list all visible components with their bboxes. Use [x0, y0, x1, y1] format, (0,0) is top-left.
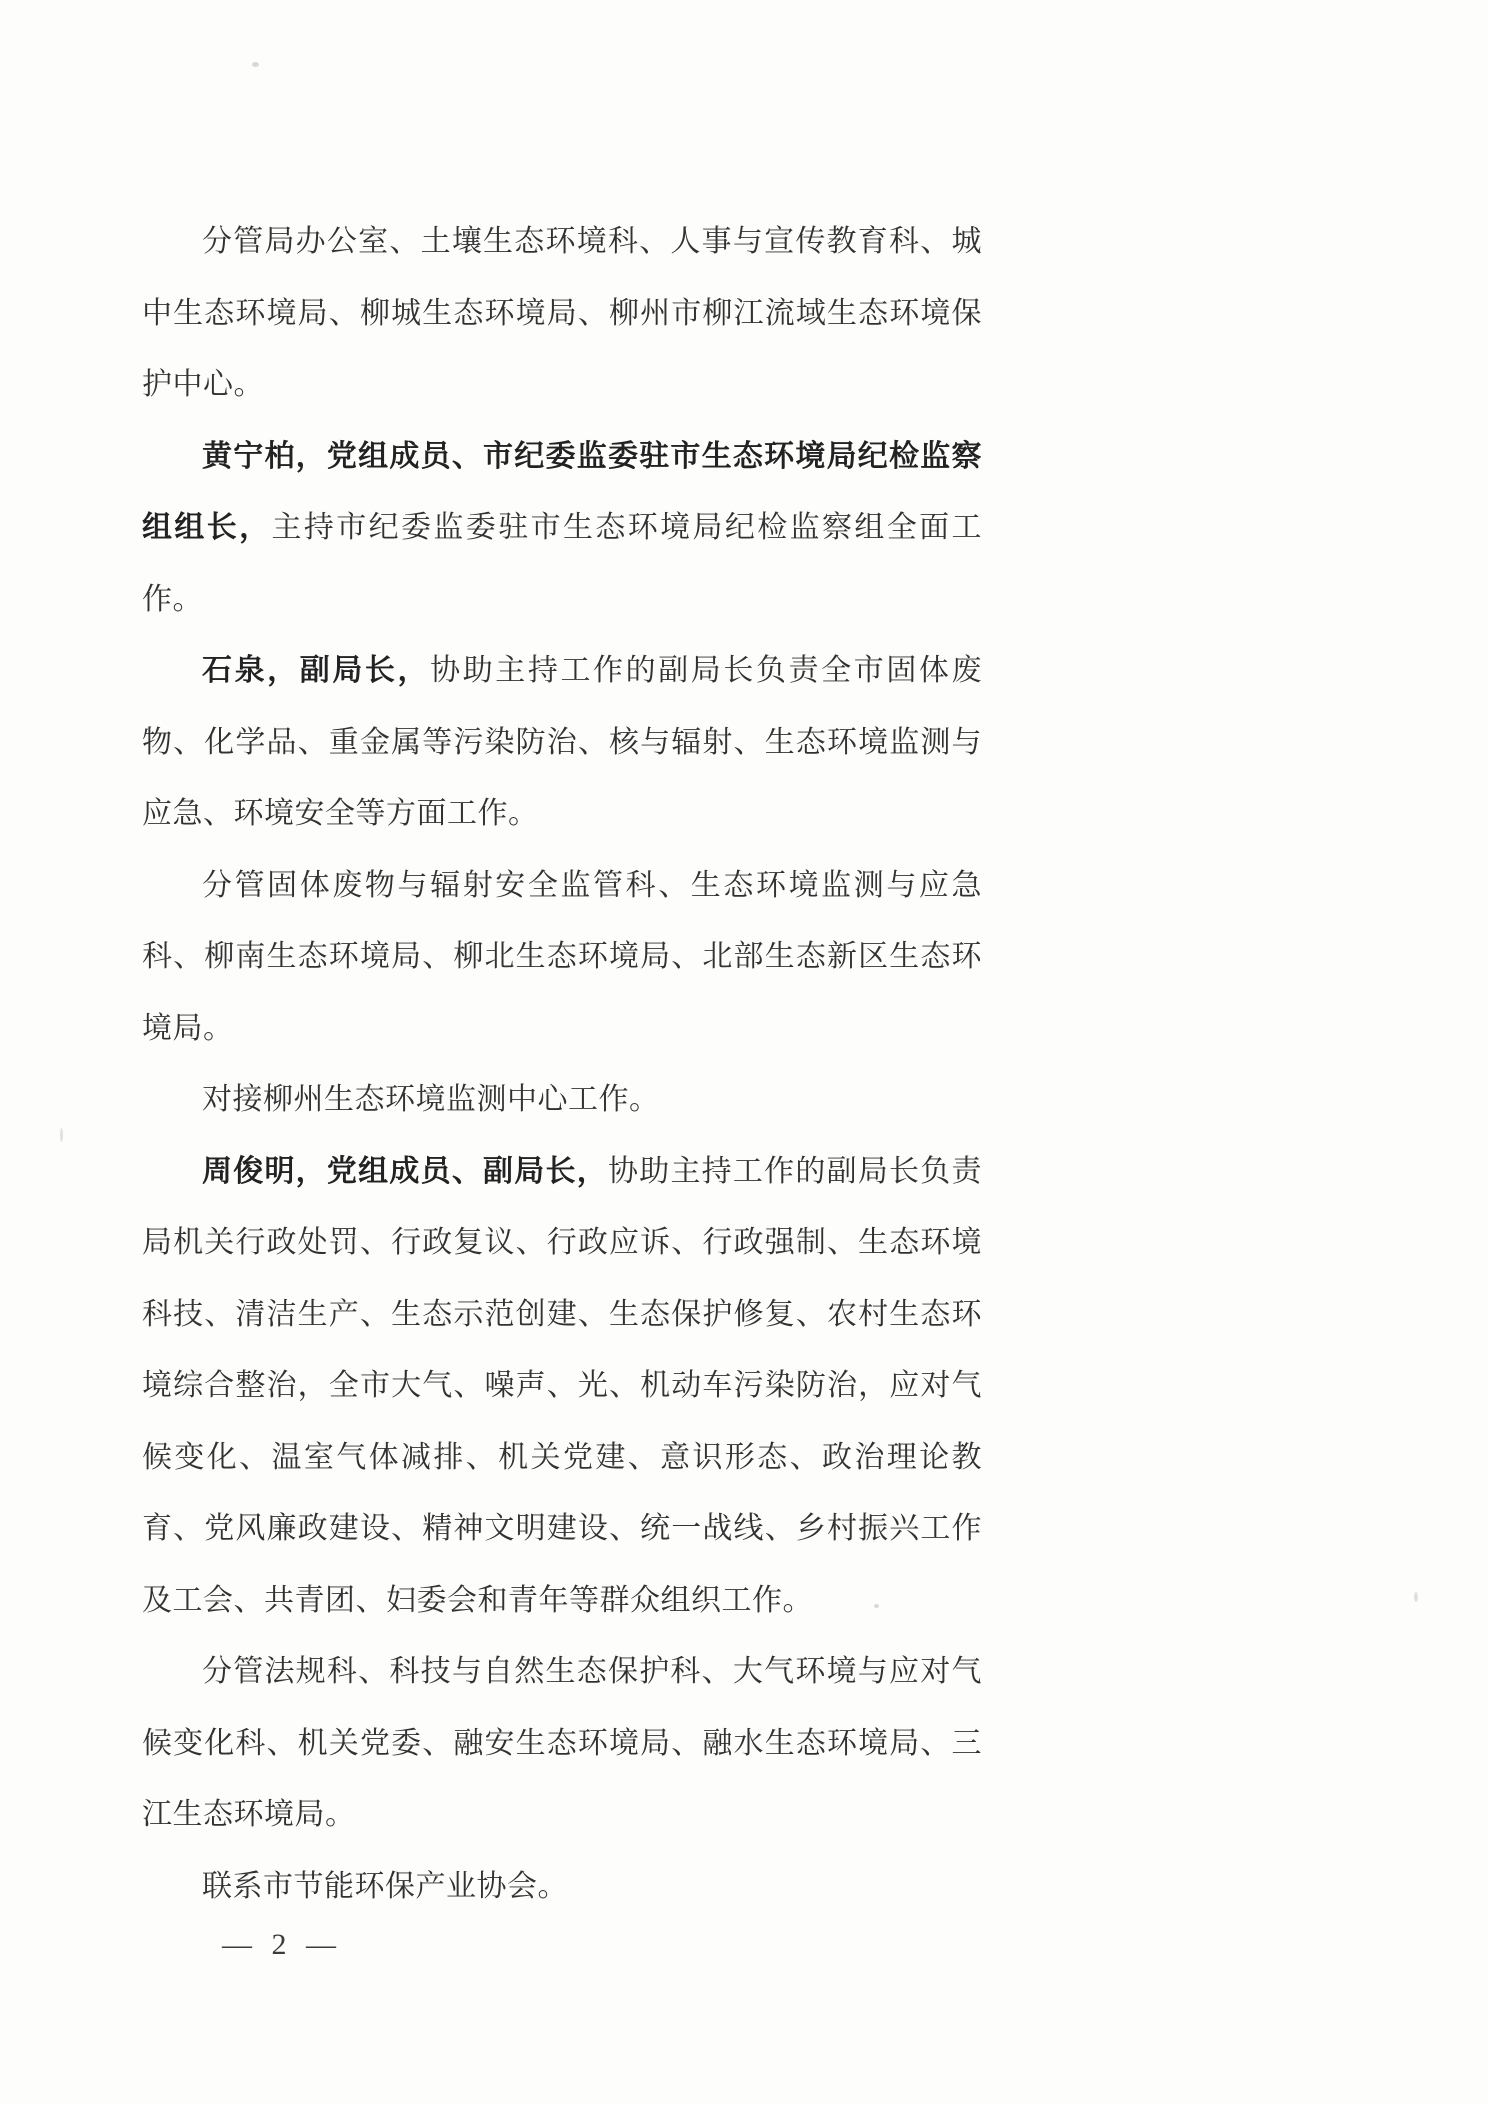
paragraph-liaison-association: 联系市节能环保产业协会。: [142, 1851, 982, 1923]
paragraph-text: 分管法规科、科技与自然生态保护科、大气环境与应对气候变化科、机关党委、融安生态环…: [142, 1655, 982, 1831]
paragraph-bold-lead: 石泉，副局长，: [202, 654, 430, 687]
page-number: — 2 —: [222, 1928, 342, 1962]
paragraph-text: 分管局办公室、土壤生态环境科、人事与宣传教育科、城中生态环境局、柳城生态环境局、…: [142, 225, 982, 401]
paragraph-text: 对接柳州生态环境监测中心工作。: [202, 1083, 660, 1116]
paragraph-official-zhoujunming: 周俊明，党组成员、副局长，协助主持工作的副局长负责局机关行政处罚、行政复议、行政…: [142, 1136, 982, 1637]
paragraph-liaison-monitoring-center: 对接柳州生态环境监测中心工作。: [142, 1064, 982, 1136]
paragraph-official-shiquan: 石泉，副局长，协助主持工作的副局长负责全市固体废物、化学品、重金属等污染防治、核…: [142, 635, 982, 850]
paragraph-text: 分管固体废物与辐射安全监管科、生态环境监测与应急科、柳南生态环境局、柳北生态环境…: [142, 869, 982, 1045]
scan-artifact: [60, 1128, 63, 1142]
paragraph-text: 协助主持工作的副局长负责局机关行政处罚、行政复议、行政应诉、行政强制、生态环境科…: [142, 1155, 982, 1617]
paragraph-duties-3: 分管法规科、科技与自然生态保护科、大气环境与应对气候变化科、机关党委、融安生态环…: [142, 1636, 982, 1851]
scan-artifact: [1414, 1592, 1418, 1602]
paragraph-text: 联系市节能环保产业协会。: [202, 1870, 568, 1903]
paragraph-official-huangningbai: 黄宁柏，党组成员、市纪委监委驻市生态环境局纪检监察组组长，主持市纪委监委驻市生态…: [142, 421, 982, 636]
scan-artifact: [252, 62, 259, 67]
paragraph-duties-2: 分管固体废物与辐射安全监管科、生态环境监测与应急科、柳南生态环境局、柳北生态环境…: [142, 850, 982, 1065]
scanned-document-page: 分管局办公室、土壤生态环境科、人事与宣传教育科、城中生态环境局、柳城生态环境局、…: [0, 0, 1488, 2104]
paragraph-duties-1: 分管局办公室、土壤生态环境科、人事与宣传教育科、城中生态环境局、柳城生态环境局、…: [142, 206, 982, 421]
scan-artifact: [874, 1604, 879, 1608]
document-body: 分管局办公室、土壤生态环境科、人事与宣传教育科、城中生态环境局、柳城生态环境局、…: [142, 206, 982, 1922]
paragraph-bold-lead: 周俊明，党组成员、副局长，: [202, 1155, 608, 1188]
